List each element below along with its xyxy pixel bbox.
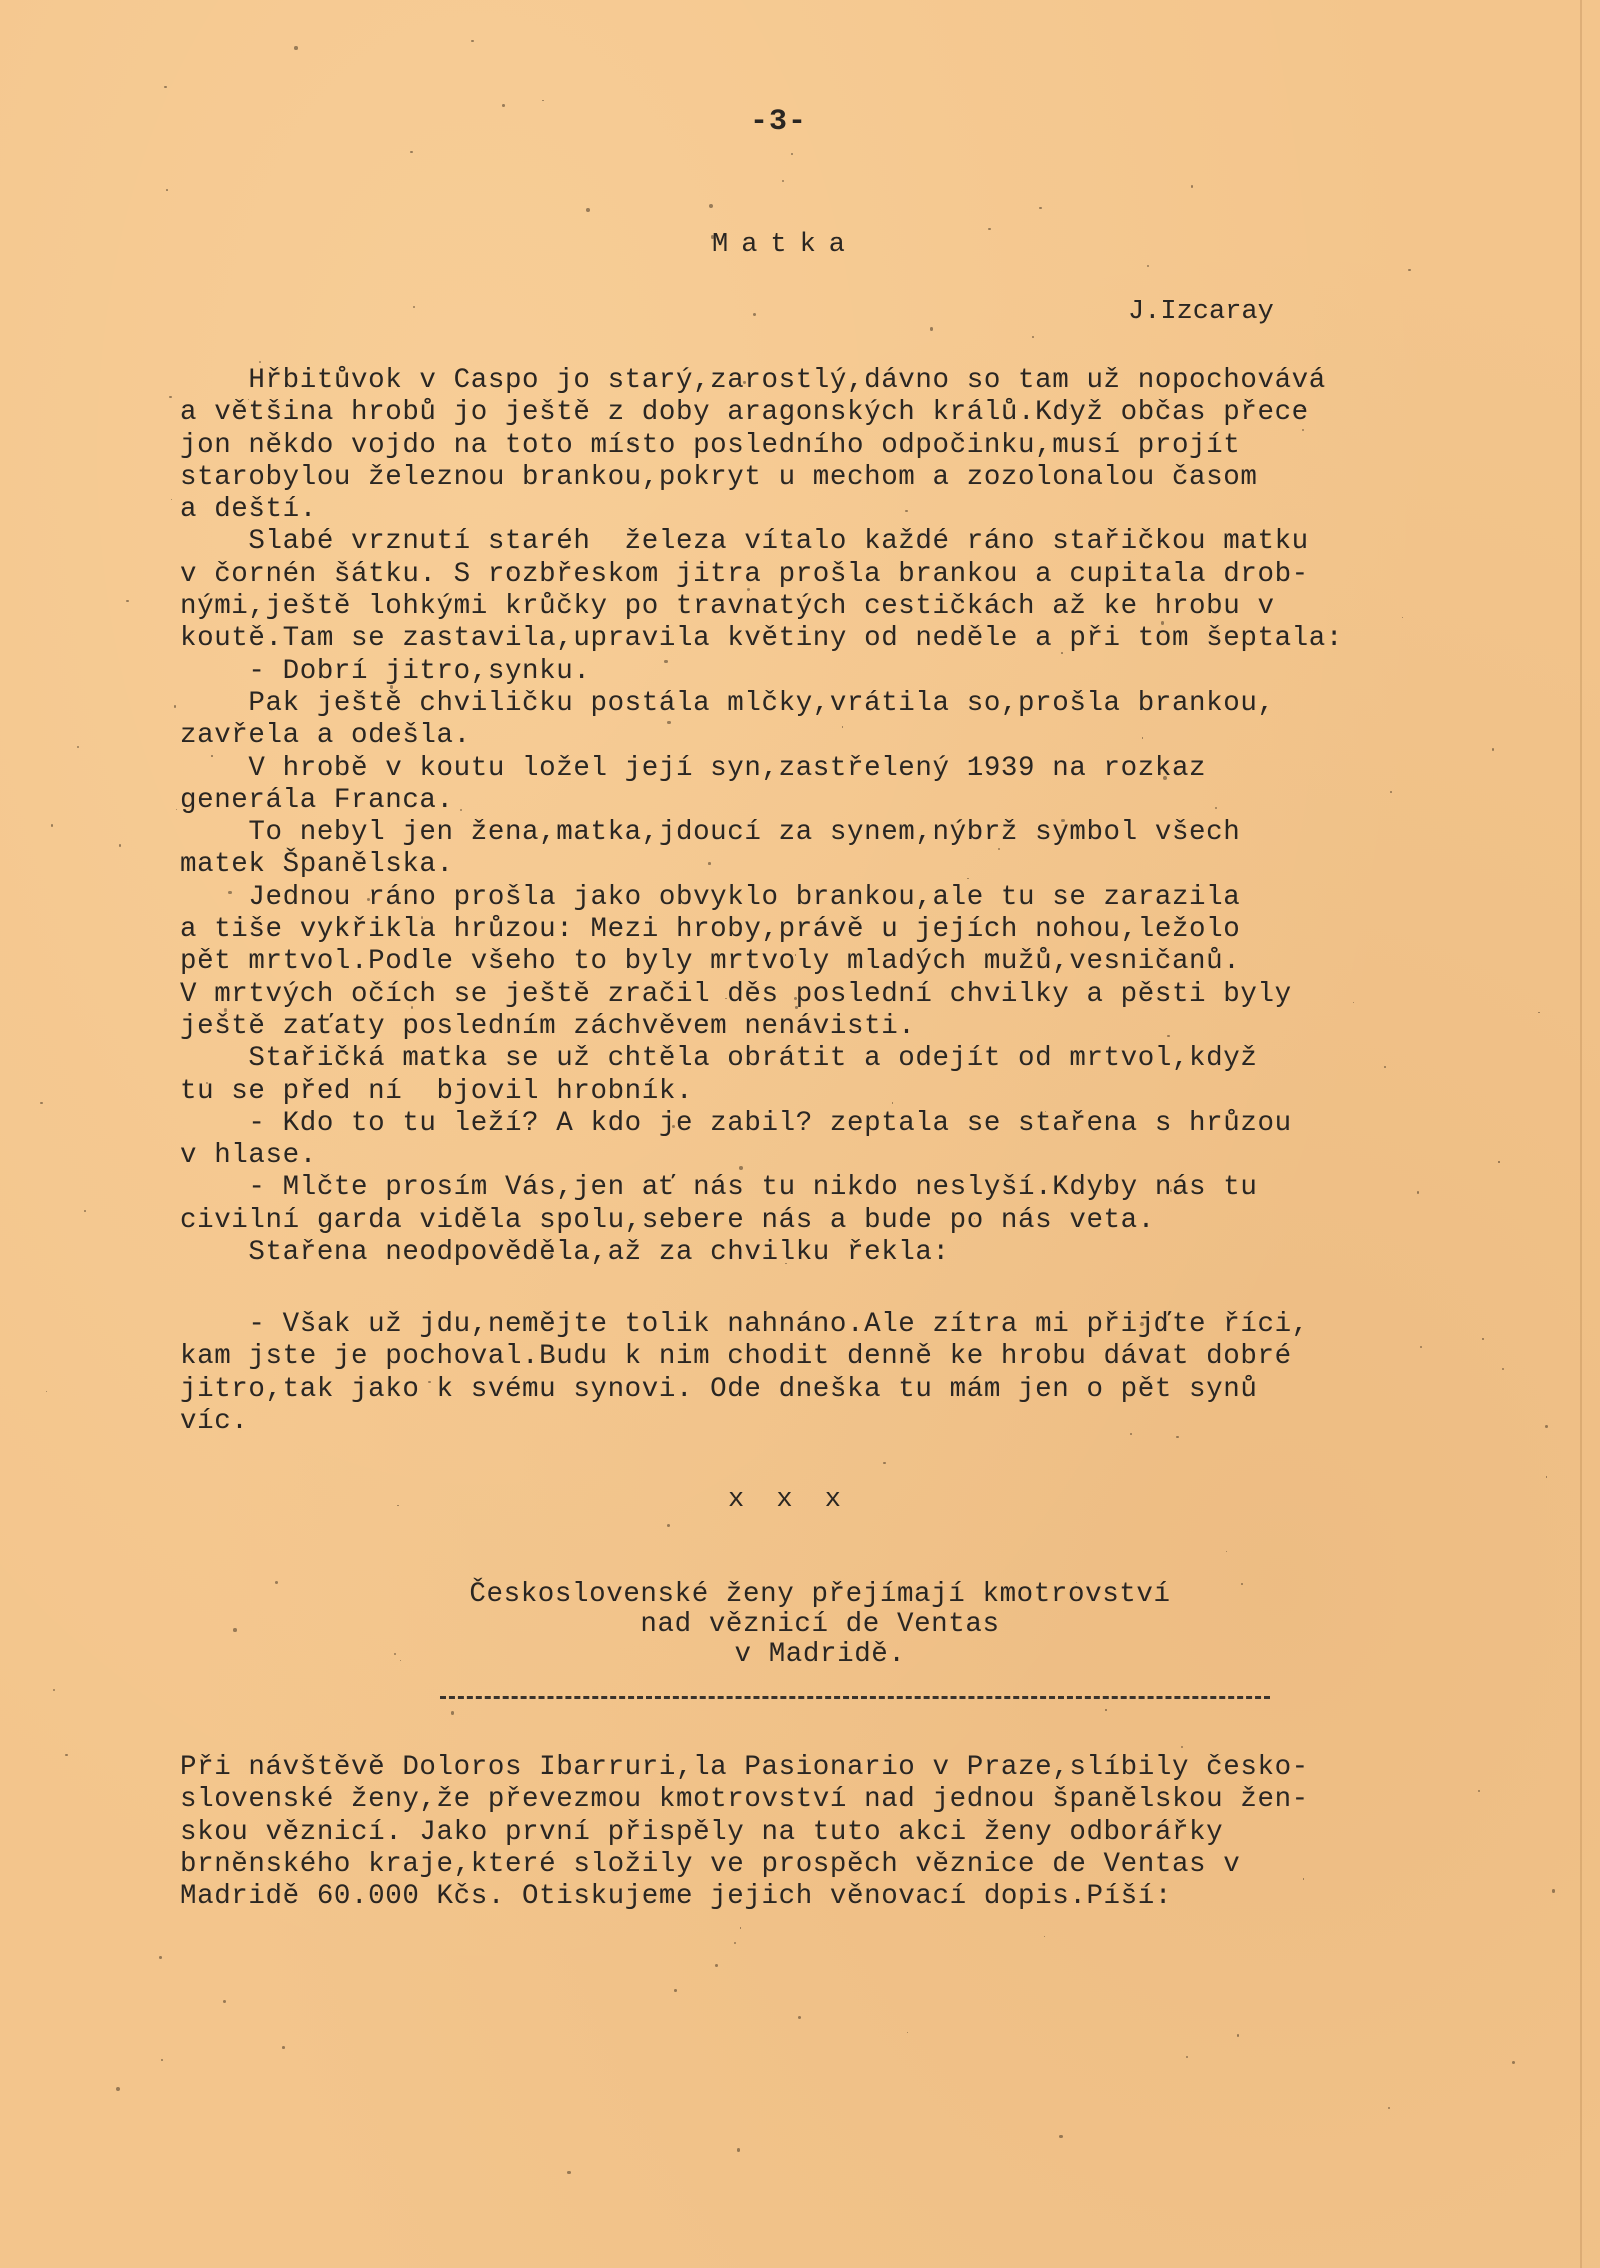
paper-speck — [542, 100, 543, 101]
paper-speck — [1388, 2107, 1390, 2109]
paper-speck — [1302, 429, 1304, 431]
text-line: V hrobě v koutu ložel její syn,zastřelen… — [180, 753, 1520, 785]
text-line: V mrtvých očích se ještě zračil děs posl… — [180, 979, 1520, 1011]
paper-speck — [176, 809, 177, 810]
paper-speck — [1552, 1889, 1555, 1892]
text-line: Stařičká matka se už chtěla obrátit a od… — [180, 1043, 1520, 1075]
paper-speck — [1408, 269, 1410, 271]
paper-speck — [1076, 1582, 1077, 1583]
paper-speck — [166, 189, 168, 191]
paper-speck — [737, 2148, 741, 2152]
paper-speck — [164, 86, 167, 89]
text-line: kam jste je pochoval.Budu k nim chodit d… — [180, 1341, 1520, 1373]
paper-edge — [1580, 0, 1582, 2268]
paper-speck — [883, 1462, 885, 1464]
paper-speck — [1512, 2061, 1516, 2065]
paper-speck — [1492, 748, 1494, 750]
text-line: slovenské ženy,že převezmou kmotrovství … — [180, 1784, 1520, 1816]
paper-speck — [988, 228, 990, 230]
article-heading-line-2: nad věznicí de Ventas — [180, 1610, 1460, 1640]
paper-speck — [248, 399, 249, 400]
text-line: jitro,tak jako k svému synovi. Ode dnešk… — [180, 1374, 1520, 1406]
paper-speck — [739, 1166, 743, 1170]
paper-speck — [510, 569, 513, 572]
paper-speck — [586, 208, 590, 212]
paper-speck — [1181, 1746, 1184, 1749]
text-line: jon někdo vojdo na toto místo posledního… — [180, 430, 1520, 462]
article-heading: Československé ženy přejímají kmotrovstv… — [180, 1580, 1460, 1670]
paper-speck — [872, 760, 873, 761]
text-line: a většina hrobů jo ještě z doby aragonsk… — [180, 397, 1520, 429]
paper-speck — [228, 891, 231, 894]
paper-speck — [788, 541, 791, 544]
paper-speck — [511, 1382, 512, 1383]
text-line: tu se před ní bjovil hrobník. — [180, 1076, 1520, 1108]
paper-speck — [734, 1942, 737, 1945]
paper-speck — [502, 104, 505, 107]
paper-speck — [460, 809, 462, 811]
paper-speck — [708, 862, 711, 865]
article-heading-line-3: v Madridě. — [180, 1640, 1460, 1670]
paper-speck — [327, 954, 330, 957]
paper-speck — [53, 1689, 55, 1691]
text-line: To nebyl jen žena,matka,jdoucí za synem,… — [180, 817, 1520, 849]
paper-speck — [169, 396, 171, 398]
text-line: generála Franca. — [180, 785, 1520, 817]
paper-speck — [1142, 737, 1143, 738]
paper-speck — [1482, 1338, 1483, 1339]
paper-speck — [397, 1505, 398, 1506]
paper-speck — [1039, 207, 1041, 209]
text-line: nými,ještě lohkými krůčky po travnatých … — [180, 591, 1520, 623]
text-line: - Dobrí jitro,synku. — [180, 656, 1520, 688]
paper-speck — [171, 499, 172, 500]
paper-speck — [1167, 1035, 1170, 1038]
section-separator: x x x — [728, 1485, 849, 1515]
text-line: Stařena neodpověděla,až za chvilku řekla… — [180, 1237, 1520, 1269]
paper-speck — [1498, 1161, 1499, 1162]
paper-speck — [116, 2087, 120, 2091]
paper-speck — [174, 705, 176, 707]
paper-speck — [1163, 776, 1167, 780]
paper-speck — [126, 600, 128, 602]
paper-speck — [1191, 185, 1193, 187]
paper-speck — [233, 1628, 237, 1632]
text-line: Madridě 60.000 Kčs. Otiskujeme jejich vě… — [180, 1881, 1520, 1913]
text-line: - Však už jdu,nemějte tolik nahnáno.Ale … — [180, 1309, 1520, 1341]
paper-speck — [725, 237, 726, 238]
paper-speck — [119, 844, 121, 846]
paper-speck — [294, 46, 298, 50]
paper-speck — [471, 40, 473, 42]
text-line: Slabé vrznutí staréh železa vítalo každé… — [180, 526, 1520, 558]
text-line: ještě zaťaty posledním záchvěvem nenávis… — [180, 1011, 1520, 1043]
paper-speck — [394, 1653, 396, 1655]
text-line: Hřbitůvok v Caspo jo starý,zarostlý,dávn… — [180, 365, 1520, 397]
text-line: v hlase. — [180, 1140, 1520, 1172]
paper-speck — [51, 824, 54, 827]
paper-speck — [1502, 1368, 1504, 1370]
text-line: Jednou ráno prošla jako obvyklo brankou,… — [180, 882, 1520, 914]
text-line: civilní garda viděla spolu,sebere nás a … — [180, 1205, 1520, 1237]
paper-speck — [709, 204, 713, 208]
heading-underline-divider — [440, 1696, 1270, 1699]
text-line: Pak ještě chviličku postála mlčky,vrátil… — [180, 688, 1520, 720]
paper-speck — [1215, 807, 1217, 809]
paper-speck — [785, 1263, 786, 1264]
paper-speck — [715, 1964, 718, 1967]
paper-speck — [451, 1711, 455, 1715]
paper-speck — [753, 313, 756, 316]
paper-speck — [957, 916, 960, 919]
story-author: J.Izcaray — [1128, 297, 1274, 327]
text-line: matek Španělska. — [180, 849, 1520, 881]
paper-speck — [1032, 336, 1034, 338]
paper-speck — [255, 864, 259, 868]
paper-speck — [1059, 2135, 1063, 2139]
paper-speck — [1226, 1551, 1228, 1553]
paper-speck — [1545, 1425, 1548, 1428]
paper-speck — [1303, 1878, 1304, 1879]
paper-speck — [410, 151, 412, 153]
paper-speck — [740, 1927, 741, 1928]
paper-speck — [550, 1253, 553, 1256]
paper-speck — [413, 306, 415, 308]
paper-speck — [907, 2032, 908, 2033]
paper-speck — [161, 2059, 163, 2061]
story-ending: - Však už jdu,nemějte tolik nahnáno.Ale … — [180, 1309, 1520, 1438]
page-number: -3- — [750, 105, 807, 139]
article-heading-line-1: Československé ženy přejímají kmotrovstv… — [180, 1580, 1460, 1610]
paper-speck — [40, 1102, 42, 1104]
text-line: Při návštěvě Doloros Ibarruri,la Pasiona… — [180, 1752, 1520, 1784]
paper-speck — [795, 1006, 798, 1009]
paper-speck — [1061, 652, 1063, 654]
story-title: Matka — [712, 230, 858, 260]
text-line: a deští. — [180, 494, 1520, 526]
text-line: starobylou železnou brankou,pokryt u mec… — [180, 462, 1520, 494]
paper-speck — [667, 1524, 670, 1527]
text-line: pět mrtvol.Podle všeho to byly mrtvoly m… — [180, 946, 1520, 978]
paper-speck — [46, 1391, 47, 1392]
paper-speck — [1147, 265, 1149, 267]
paper-speck — [842, 726, 843, 727]
story-body: Hřbitůvok v Caspo jo starý,zarostlý,dávn… — [180, 365, 1520, 1269]
paper-speck — [967, 878, 968, 879]
paper-speck — [1241, 1583, 1243, 1585]
paper-speck — [782, 180, 784, 182]
paper-speck — [1546, 1476, 1547, 1477]
paper-speck — [223, 2000, 226, 2003]
paper-speck — [1302, 408, 1303, 409]
paper-speck — [1237, 2034, 1240, 2037]
text-line: - Mlčte prosím Vás,jen ať nás tu nikdo n… — [180, 1172, 1520, 1204]
paper-speck — [84, 1210, 86, 1212]
paper-speck — [930, 327, 933, 330]
paper-speck — [567, 2171, 570, 2174]
text-line: koutě.Tam se zastavila,upravila květiny … — [180, 623, 1520, 655]
text-line: víc. — [180, 1406, 1520, 1438]
text-line: - Kdo to tu leží? A kdo je zabil? zeptal… — [180, 1108, 1520, 1140]
paper-speck — [1105, 1709, 1106, 1710]
paper-speck — [77, 746, 79, 748]
article-body: Při návštěvě Doloros Ibarruri,la Pasiona… — [180, 1752, 1520, 1913]
paper-speck — [259, 361, 261, 363]
paper-speck — [1061, 819, 1064, 822]
paper-speck — [1538, 1012, 1540, 1014]
paper-speck — [282, 2046, 285, 2049]
paper-speck — [65, 1754, 67, 1756]
paper-speck — [211, 755, 212, 756]
paper-speck — [1186, 2056, 1188, 2058]
text-line: v čornén šátku. S rozbřeskom jitra prošl… — [180, 559, 1520, 591]
paper-speck — [1478, 1790, 1480, 1792]
paper-speck — [1390, 791, 1392, 793]
paper-speck — [1044, 1936, 1046, 1938]
text-line: zavřela a odešla. — [180, 720, 1520, 752]
paper-speck — [791, 153, 793, 155]
paper-speck — [159, 1956, 162, 1959]
paper-speck — [1384, 1066, 1386, 1068]
paper-speck — [743, 381, 745, 383]
paper-speck — [672, 1125, 675, 1128]
paper-speck — [798, 2016, 801, 2019]
paper-speck — [674, 1989, 677, 1992]
paper-speck — [974, 1218, 975, 1219]
text-line: a tiše vykřikla hrůzou: Mezi hroby,právě… — [180, 914, 1520, 946]
text-line: brněnského kraje,které složily ve prospě… — [180, 1849, 1520, 1881]
text-line: skou věznicí. Jako první přispěly na tut… — [180, 1817, 1520, 1849]
